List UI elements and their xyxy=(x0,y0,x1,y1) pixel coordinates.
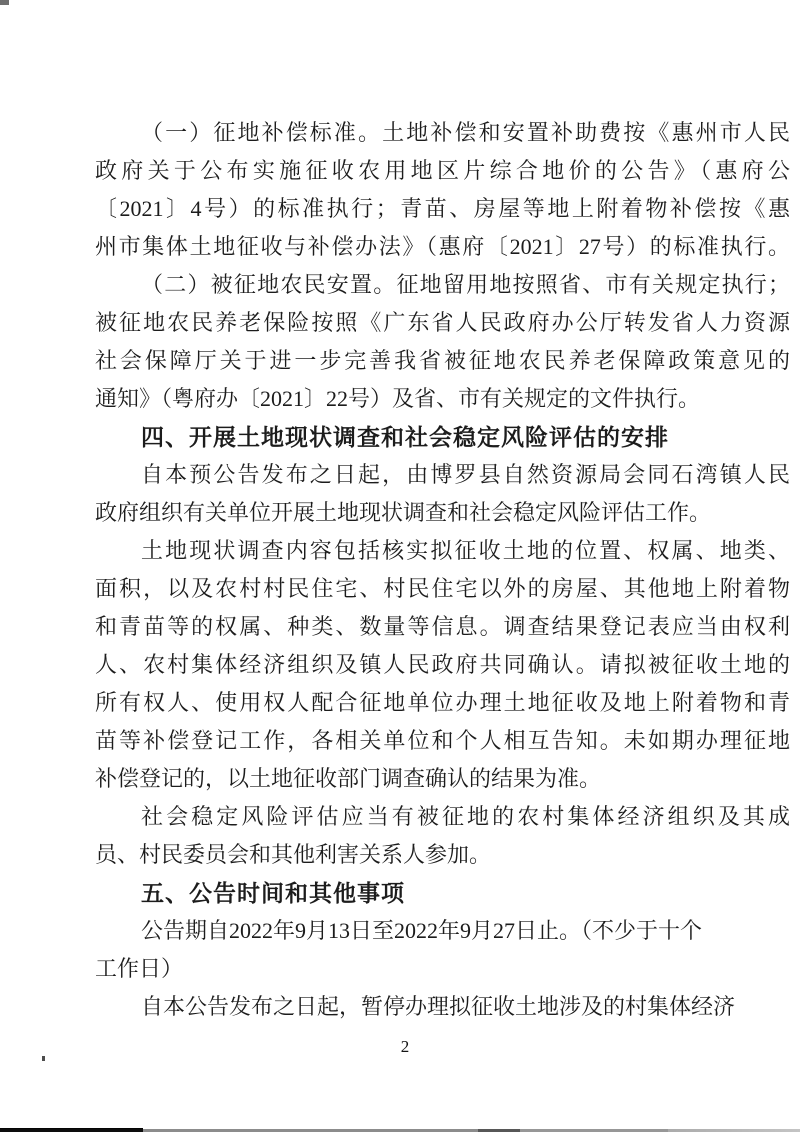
body-text-line: 〔2021〕4号）的标准执行；青苗、房屋等地上附着物补偿按《惠 xyxy=(95,190,790,228)
section-heading: 五、公告时间和其他事项 xyxy=(95,874,790,912)
body-text-line: 人、农村集体经济组织及镇人民政府共同确认。请拟被征收土地的 xyxy=(95,646,790,684)
body-text-line: 面积，以及农村村民住宅、村民住宅以外的房屋、其他地上附着物 xyxy=(95,570,790,608)
body-text-line: 补偿登记的，以土地征收部门调查确认的结果为准。 xyxy=(95,760,790,798)
body-text-line: 州市集体土地征收与补偿办法》（惠府〔2021〕27号）的标准执行。 xyxy=(95,228,790,266)
body-text-line: 社会保障厅关于进一步完善我省被征地农民养老保障政策意见的 xyxy=(95,342,790,380)
body-text-line: 通知》（粤府办〔2021〕22号）及省、市有关规定的文件执行。 xyxy=(95,380,790,418)
body-text-line: 被征地农民养老保险按照《广东省人民政府办公厅转发省人力资源 xyxy=(95,304,790,342)
body-text-line: 自本公告发布之日起，暂停办理拟征收土地涉及的村集体经济 xyxy=(95,988,790,1026)
body-text-line: 苗等补偿登记工作，各相关单位和个人相互告知。未如期办理征地 xyxy=(95,722,790,760)
document-body: （一）征地补偿标准。土地补偿和安置补助费按《惠州市人民政府关于公布实施征收农用地… xyxy=(95,114,790,1026)
body-text-line: 工作日） xyxy=(95,950,790,988)
scan-artifact-corner xyxy=(0,0,9,5)
body-text-line: 员、村民委员会和其他利害关系人参加。 xyxy=(95,836,790,874)
body-text-line: 政府关于公布实施征收农用地区片综合地价的公告》（惠府公 xyxy=(95,152,790,190)
body-text-line: 社会稳定风险评估应当有被征地的农村集体经济组织及其成 xyxy=(95,798,790,836)
body-text-line: 所有权人、使用权人配合征地单位办理土地征收及地上附着物和青 xyxy=(95,684,790,722)
scan-artifact-speck xyxy=(42,1056,45,1061)
body-text-line: 公告期自2022年9月13日至2022年9月27日止。（不少于十个 xyxy=(95,912,790,950)
document-page: （一）征地补偿标准。土地补偿和安置补助费按《惠州市人民政府关于公布实施征收农用地… xyxy=(0,0,800,1136)
body-text-line: 土地现状调查内容包括核实拟征收土地的位置、权属、地类、 xyxy=(95,532,790,570)
page-number: 2 xyxy=(0,1037,800,1057)
body-text-line: （二）被征地农民安置。征地留用地按照省、市有关规定执行； xyxy=(95,266,790,304)
scan-edge-line xyxy=(0,1129,800,1132)
body-text-line: 政府组织有关单位开展土地现状调查和社会稳定风险评估工作。 xyxy=(95,494,790,532)
body-text-line: （一）征地补偿标准。土地补偿和安置补助费按《惠州市人民 xyxy=(95,114,790,152)
section-heading: 四、开展土地现状调查和社会稳定风险评估的安排 xyxy=(95,418,790,456)
body-text-line: 和青苗等的权属、种类、数量等信息。调查结果登记表应当由权利 xyxy=(95,608,790,646)
body-text-line: 自本预公告发布之日起，由博罗县自然资源局会同石湾镇人民 xyxy=(95,456,790,494)
